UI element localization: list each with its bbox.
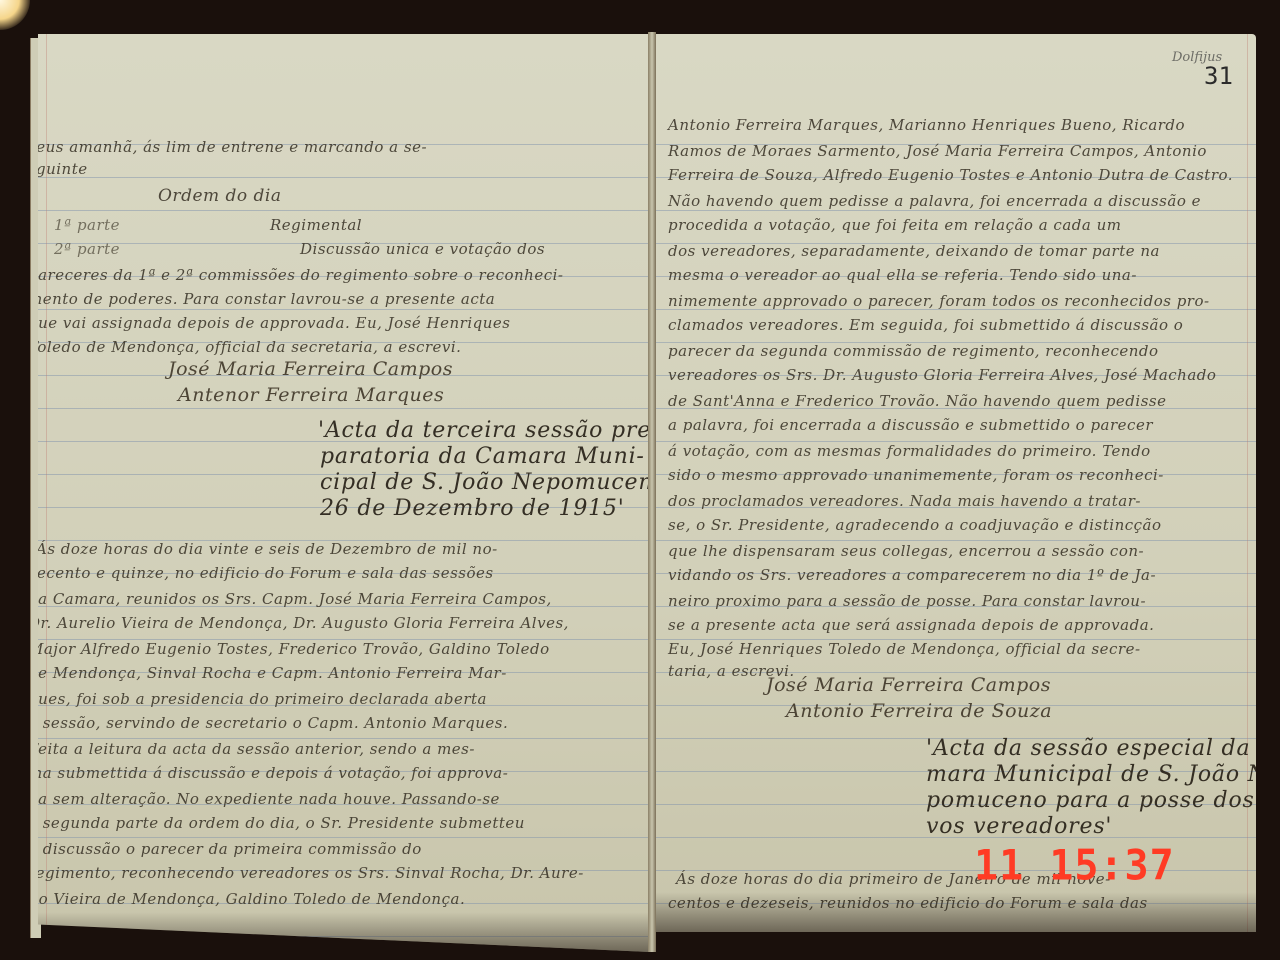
lamp-glare [0,0,30,30]
text-line: mesma o vereador ao qual ella se referia… [668,266,1137,284]
minutes-title-line: 'Acta da terceira sessão pre- [318,418,650,443]
page-number: 31 [1204,62,1233,90]
minutes-title-line: vos vereadores' [926,814,1112,839]
text-line: lio Vieira de Mendonça, Galdino Toledo d… [38,890,465,908]
order-item-label: 2ª parte [54,240,120,258]
text-line: clamados vereadores. Em seguida, foi sub… [668,316,1183,334]
text-line: Antonio Ferreira Marques, Marianno Henri… [668,116,1185,134]
text-line: procedida a votação, que foi feita em re… [668,216,1121,234]
minutes-title-line: 'Acta da sessão especial da Ca- [926,736,1256,761]
text-line: de Mendonça, Sinval Rocha e Capm. Antoni… [38,664,507,682]
text-line: á discussão o parecer da primeira commis… [38,840,422,858]
text-line: Feita a leitura da acta da sessão anteri… [38,740,475,758]
text-line: da Camara, reunidos os Srs. Capm. José M… [38,590,552,608]
text-line: se a presente acta que será assignada de… [668,616,1154,634]
minutes-title-line: cipal de S. João Nepomuceno, em [320,470,650,495]
signature: Antonio Ferreira de Souza [786,700,1052,722]
text-line: parecer da segunda commissão de regiment… [668,342,1159,360]
order-item-value: Regimental [270,216,362,234]
minutes-title-line: 26 de Dezembro de 1915' [320,496,625,521]
signature: José Maria Ferreira Campos [168,358,453,380]
text-line: vereadores os Srs. Dr. Augusto Gloria Fe… [668,366,1216,384]
text-line: Major Alfredo Eugenio Tostes, Frederico … [38,640,550,658]
minutes-title-line: paratoria da Camara Muni- [320,444,645,469]
book-gutter [648,32,656,952]
text-line: vecento e quinze, no edificio do Forum e… [38,564,494,582]
text-line: ma submettida á discussão e depois á vot… [38,764,508,782]
left-page: seus amanhã, ás lim de entrene e marcand… [38,34,650,952]
signature: Antenor Ferreira Marques [178,384,444,406]
text-line: Eu, José Henriques Toledo de Mendonça, o… [668,640,1141,658]
text-line: a palavra, foi encerrada a discussão e s… [668,416,1153,434]
text-line: Ferreira de Souza, Alfredo Eugenio Toste… [668,166,1233,184]
text-line: Não havendo quem pedisse a palavra, foi … [668,192,1201,210]
text-line: da sem alteração. No expediente nada hou… [38,790,500,808]
text-line: Ás doze horas do dia vinte e seis de Dez… [38,540,498,558]
right-page: Dolfijus 31 Antonio Ferreira Marques, Ma… [656,34,1256,932]
order-item-label: 1ª parte [54,216,120,234]
text-line: nimemente approvado o parecer, foram tod… [668,292,1210,310]
text-line: vidando os Srs. vereadores a comparecere… [668,566,1156,584]
text-line: que vai assignada depois de approvada. E… [38,314,510,332]
text-line: que lhe dispensaram seus collegas, encer… [668,542,1144,560]
text-line: á segunda parte da ordem do dia, o Sr. P… [38,814,525,832]
text-line: neiro proximo para a sessão de posse. Pa… [668,592,1146,610]
text-line: ques, foi sob a presidencia do primeiro … [38,690,487,708]
text-line: mento de poderes. Para constar lavrou-se… [38,290,495,308]
text-line: dos vereadores, separadamente, deixando … [668,242,1160,260]
camera-timestamp-overlay: 11 15:37 [974,842,1175,890]
page-shadow [38,912,650,952]
text-line: Ramos de Moraes Sarmento, José Maria Fer… [668,142,1207,160]
order-item-value: Discussão unica e votação dos [300,240,545,258]
text-line: dos proclamados vereadores. Nada mais ha… [668,492,1141,510]
text-line: regimento, reconhecendo vereadores os Sr… [38,864,584,882]
text-line: sido o mesmo approvado unanimemente, for… [668,466,1164,484]
text-line: pareceres da 1ª e 2ª commissões do regim… [38,266,564,284]
signature: José Maria Ferreira Campos [766,674,1051,696]
text-line: guinte [38,160,88,178]
text-line: seus amanhã, ás lim de entrene e marcand… [38,138,427,156]
minutes-title-line: pomuceno para a posse dos no- [926,788,1256,813]
page-shadow [656,892,1256,932]
text-line: á votação, com as mesmas formalidades do… [668,442,1151,460]
text-line: a sessão, servindo de secretario o Capm.… [38,714,508,732]
text-line: se, o Sr. Presidente, agradecendo a coad… [668,516,1162,534]
text-line: de Sant'Anna e Frederico Trovão. Não hav… [668,392,1166,410]
text-line: Toledo de Mendonça, official da secretar… [38,338,461,356]
order-heading: Ordem do dia [158,186,282,206]
minutes-title-line: mara Municipal de S. João Ne- [926,762,1256,787]
text-line: Dr. Aurelio Vieira de Mendonça, Dr. Augu… [38,614,569,632]
